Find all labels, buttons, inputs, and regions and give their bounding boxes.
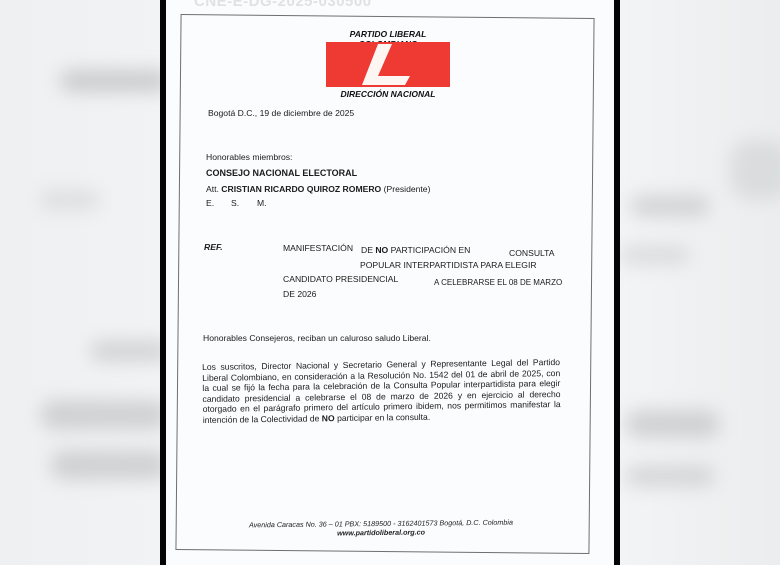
- attention-role: (Presidente): [384, 184, 431, 194]
- ref-line3-b: A CELEBRARSE EL 08 DE MARZO: [434, 278, 562, 287]
- division-name: DIRECCIÓN NACIONAL: [326, 89, 450, 99]
- ref-line1-a: MANIFESTACIÓN: [283, 243, 353, 253]
- frame-bar-right: [614, 0, 620, 565]
- ref-no-emphasis: NO: [375, 245, 388, 255]
- esm-e: E.: [206, 198, 214, 208]
- letterhead-footer: Avenida Caracas No. 36 – 01 PBX: 5189500…: [236, 517, 526, 538]
- blurred-background-right: [620, 0, 780, 565]
- attention-prefix: Att.: [206, 184, 219, 194]
- date-line: Bogotá D.C., 19 de diciembre de 2025: [208, 108, 354, 118]
- ref-line2: POPULAR INTERPARTIDISTA PARA ELEGIR: [360, 260, 537, 270]
- ref-line4: DE 2026: [283, 289, 316, 299]
- body-paragraph: Los suscritos, Director Nacional y Secre…: [202, 357, 561, 426]
- blurred-background-left: [0, 0, 162, 565]
- no-emphasis: NO: [322, 413, 335, 423]
- salutation: Honorables miembros:: [206, 152, 292, 162]
- esm-s: S.: [231, 198, 239, 208]
- ref-line1-b: DE NO PARTICIPACIÓN EN: [361, 245, 470, 255]
- liberal-l-icon: [326, 42, 450, 87]
- greeting: Honorables Consejeros, reciban un caluro…: [203, 333, 431, 343]
- ref-line3-a: CANDIDATO PRESIDENCIAL: [283, 274, 398, 284]
- recipient-organization: CONSEJO NACIONAL ELECTORAL: [206, 168, 357, 178]
- attention-line: Att. CRISTIAN RICARDO QUIROZ ROMERO (Pre…: [206, 184, 430, 194]
- filing-number-watermark: CNE-E-DG-2025-030500: [194, 0, 372, 10]
- esm-m: M.: [257, 198, 267, 208]
- party-logo: [326, 42, 450, 87]
- attention-name: CRISTIAN RICARDO QUIROZ ROMERO: [221, 184, 381, 194]
- ref-line1-d: CONSULTA: [509, 248, 555, 258]
- ref-label: REF.: [204, 242, 223, 252]
